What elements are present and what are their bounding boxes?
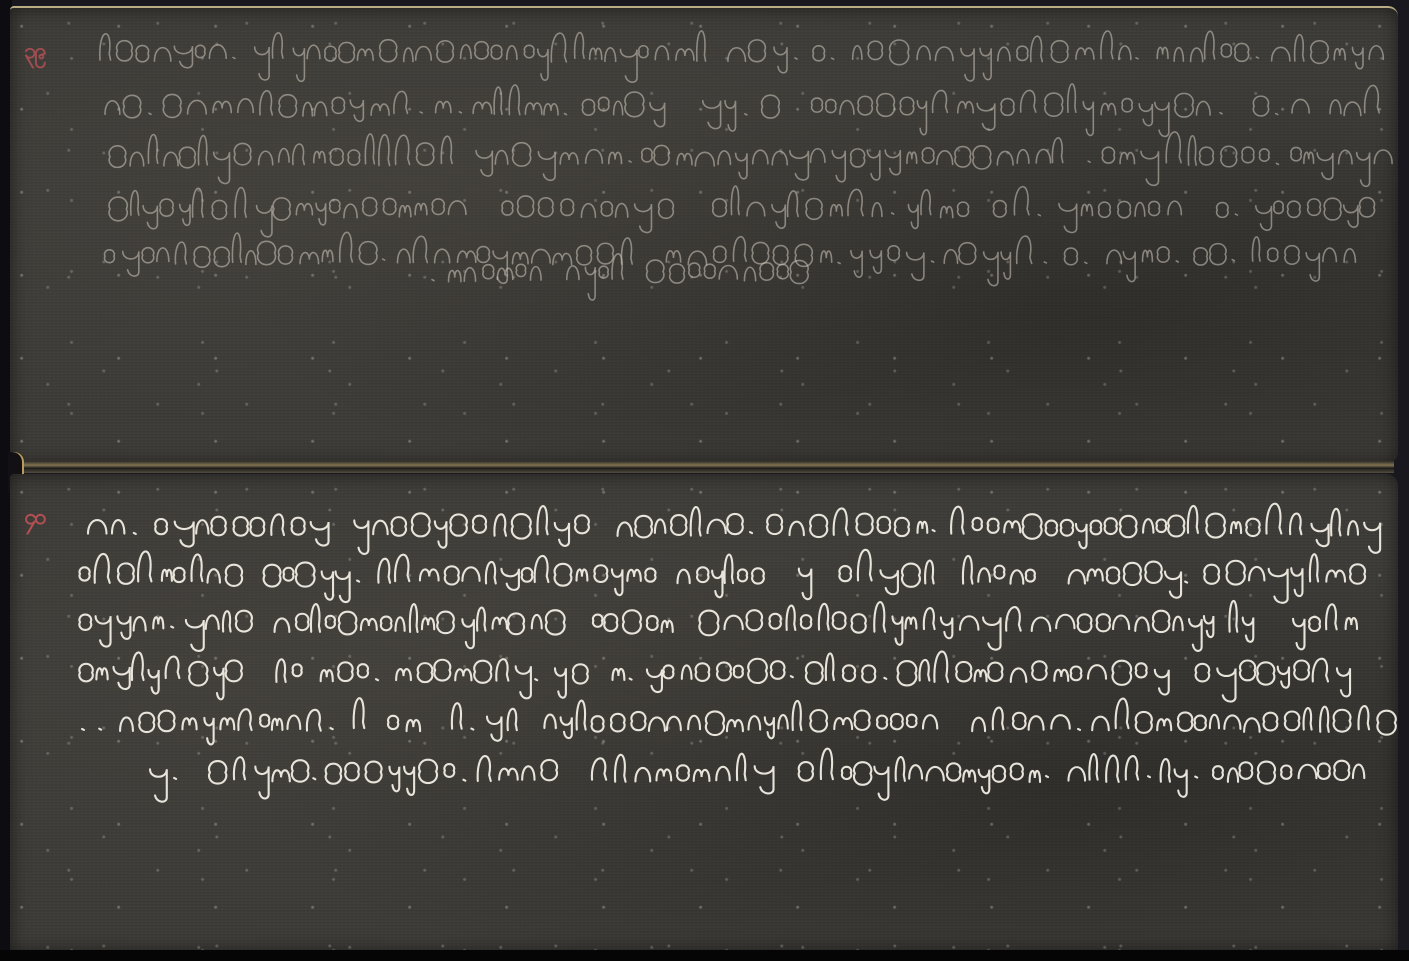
folio-bottom: ၄၀ ဂျူရ ပရှမဝါ ပြီ လသနုံ ရဓါဇံ့ တွေ ကိုမ… xyxy=(10,474,1398,955)
text-block-bottom: ဂျူရ ပရှမဝါ ပြီ လသနုံ ရဓါဇံ့ တွေ ကိုမြေဝ… xyxy=(10,474,1398,952)
script-line: ဓရ ... ဝေ ... ဓမ္မ ... ဝါ ... ရွှေသတ်ဝင်… xyxy=(10,184,1398,234)
script-line: ဂျူရ ပရှမဝါ ပြီ လသနုံ ရဓါဇံ့ တွေ ကိုမြေဝ… xyxy=(10,502,1398,552)
text-block-top: ၊ သငေသ ... ဝါ ... ဂိုဏ်း ... တောင် ... ပ… xyxy=(10,8,1398,464)
script-line: ဂျွေဗုဒ္ဓ ဝဘေ ... ဝဘ xyxy=(10,248,1398,298)
manuscript-photo: ၃၉ ၊ သငေသ ... ဝါ ... ဂိုဏ်း ... တောင် ..… xyxy=(0,0,1409,961)
script-line: ဘဝင် ... ဗိုဓိ ... ၊၊ ... ဝေ ... ဓာတ် ..… xyxy=(10,132,1398,182)
script-line: ကို့ သဥ ဝိဘား ကျ ရပ်ကျာ ဒွေဂါ ကို့ ကောပ်… xyxy=(10,598,1398,648)
handwritten-script-strokes xyxy=(10,132,1398,192)
bottom-shadow xyxy=(0,950,1409,961)
handwritten-script-strokes xyxy=(10,748,1398,808)
script-line: ခံရာဂင်ပြီသာ လျှင် မောဝ်ဝိ ကောပ် ကိုဘာ က… xyxy=(10,550,1398,600)
script-line: ၊ သငေသ ... ဝါ ... ဂိုဏ်း ... တောင် ... ပ… xyxy=(10,28,1398,78)
fold-seam xyxy=(14,461,1394,473)
script-line: ဝေပြီ ကျူ ဘိဂေါ ဝဝ် ရှ ဝပါ ဝဘရို ဝွေ့သဏ … xyxy=(10,648,1398,698)
script-line: ကို့ ဂမ ဂေါ့ ယမ ဂျဂ ကို့ ကျော ဝွေ ပိုက်က… xyxy=(10,698,1398,748)
script-line: ဝိုဒ္ဓ ရှင် ... ကျော ... ဗုဒ္ဓဝေသ ... ဗိ… xyxy=(10,82,1398,132)
handwritten-script-strokes xyxy=(10,248,1398,308)
folio-top: ၃၉ ၊ သငေသ ... ဝါ ... ဂိုဏ်း ... တောင် ..… xyxy=(10,6,1398,464)
handwritten-script-strokes xyxy=(10,28,1398,88)
script-line: ရှ ကို့ ... မြဲ ဗို ... ပါ ... ဘာ ... ဝါ… xyxy=(10,748,1398,798)
